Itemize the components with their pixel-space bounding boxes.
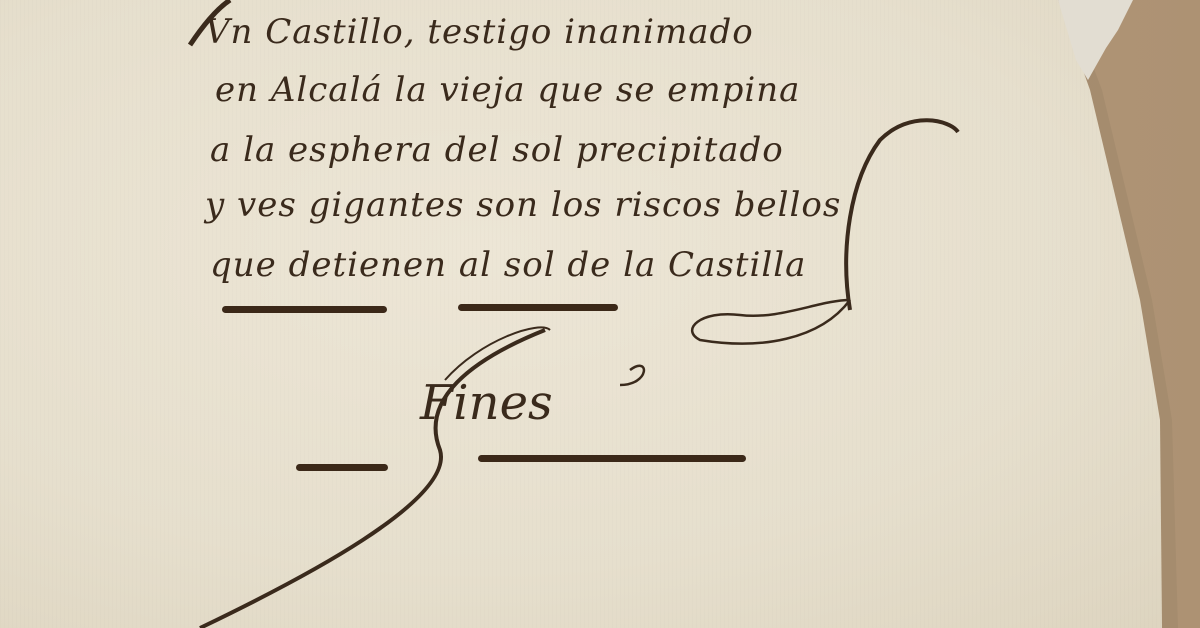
pen-flourish-icon: [0, 0, 1200, 628]
